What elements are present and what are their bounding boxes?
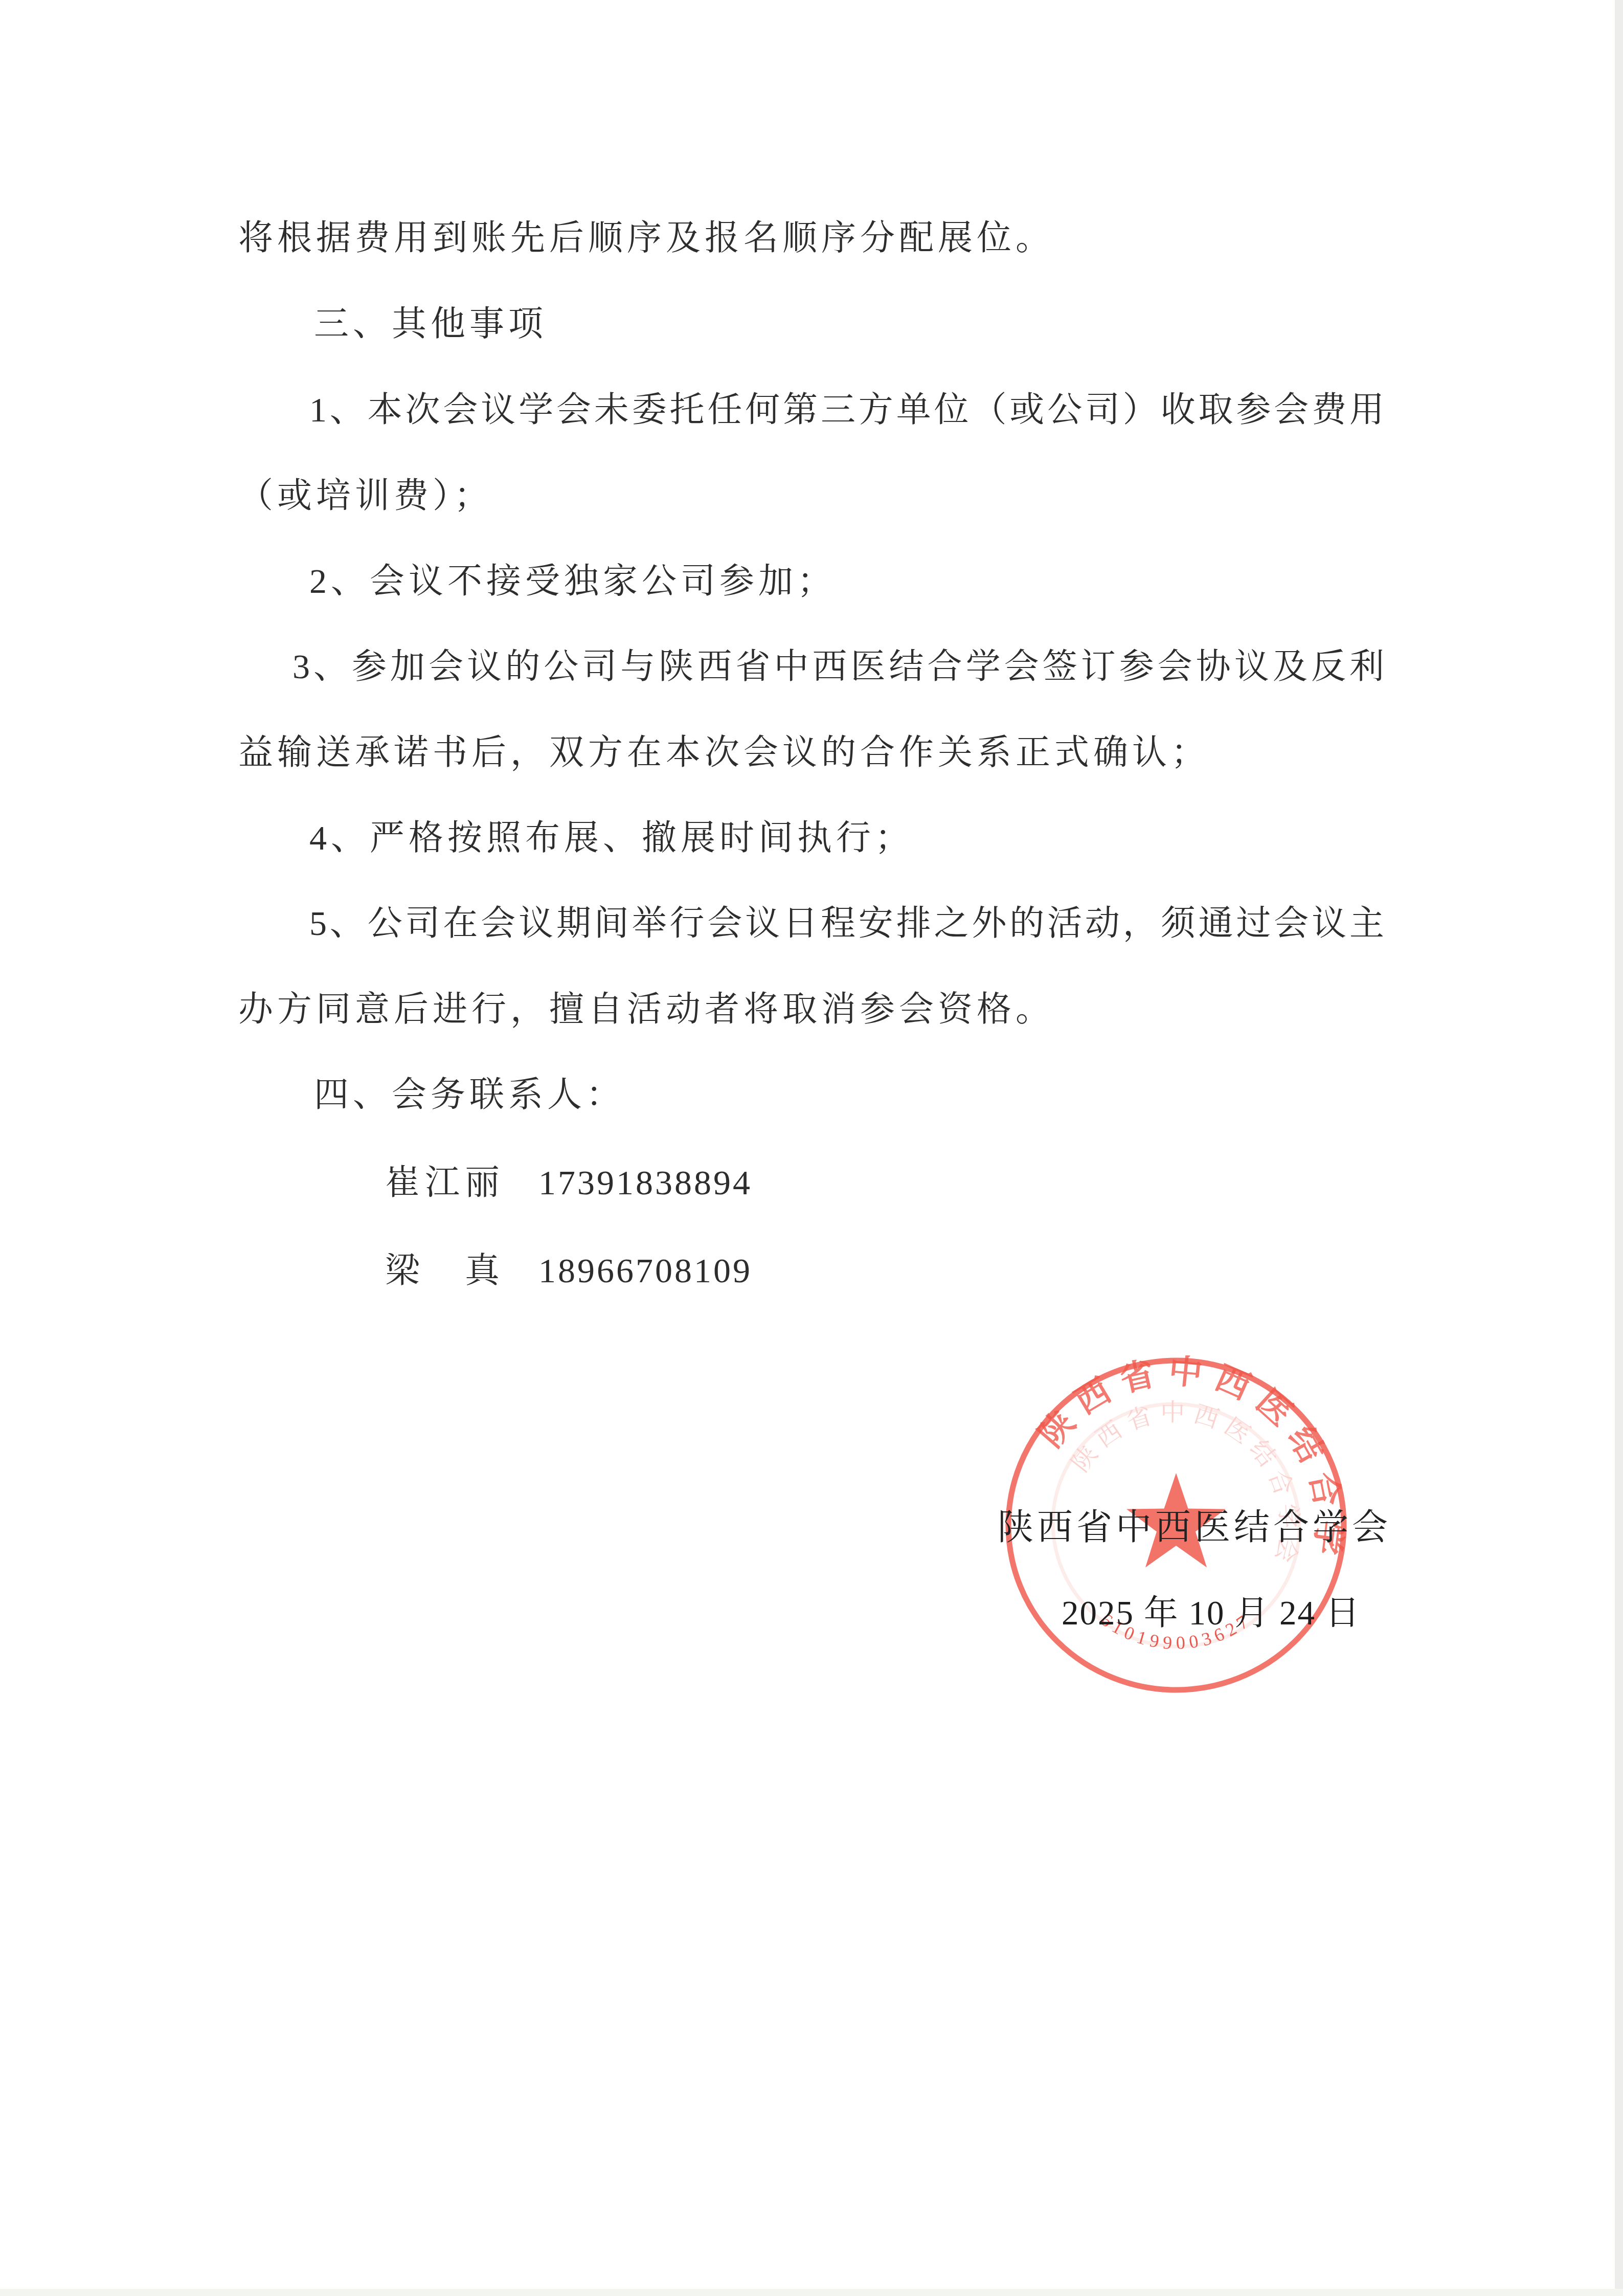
contact-name: 崔江丽: [385, 1162, 538, 1203]
scan-edge-bottom: [0, 2289, 1623, 2296]
section-heading: 四、会务联系人：: [314, 1074, 625, 1115]
signature-org: 陕西省中西医结合学会: [998, 1499, 1391, 1550]
contact-phone: 18966708109: [538, 1250, 752, 1291]
body-line: 3、参加会议的公司与陕西省中西医结合学会签订参会协议及反利: [292, 646, 1386, 687]
body-line: （或培训费）；: [238, 475, 493, 516]
body-line: 益输送承诺书后，双方在本次会议的合作关系正式确认；: [238, 732, 1210, 773]
body-line: 5、公司在会议期间举行会议日程安排之外的活动，须通过会议主: [309, 903, 1386, 944]
scan-edge-right: [1615, 0, 1623, 2296]
signature-date: 2025 年 10 月 24 日: [1062, 1586, 1361, 1635]
contact-row: 梁 真 18966708109: [385, 1250, 752, 1291]
contact-row: 崔江丽 17391838894: [385, 1162, 752, 1203]
document-page: 将根据费用到账先后顺序及报名顺序分配展位。 三、其他事项 1、本次会议学会未委托…: [0, 0, 1623, 2296]
contact-name: 梁 真: [385, 1250, 538, 1291]
section-heading: 三、其他事项: [314, 303, 547, 344]
body-line: 2、会议不接受独家公司参加；: [309, 561, 836, 601]
body-line: 4、严格按照布展、撤展时间执行；: [309, 817, 914, 858]
contact-phone: 17391838894: [538, 1162, 752, 1203]
body-line: 1、本次会议学会未委托任何第三方单位（或公司）收取参会费用: [309, 389, 1386, 430]
body-line: 将根据费用到账先后顺序及报名顺序分配展位。: [238, 217, 1054, 258]
body-line: 办方同意后进行，擅自活动者将取消参会资格。: [238, 989, 1054, 1030]
